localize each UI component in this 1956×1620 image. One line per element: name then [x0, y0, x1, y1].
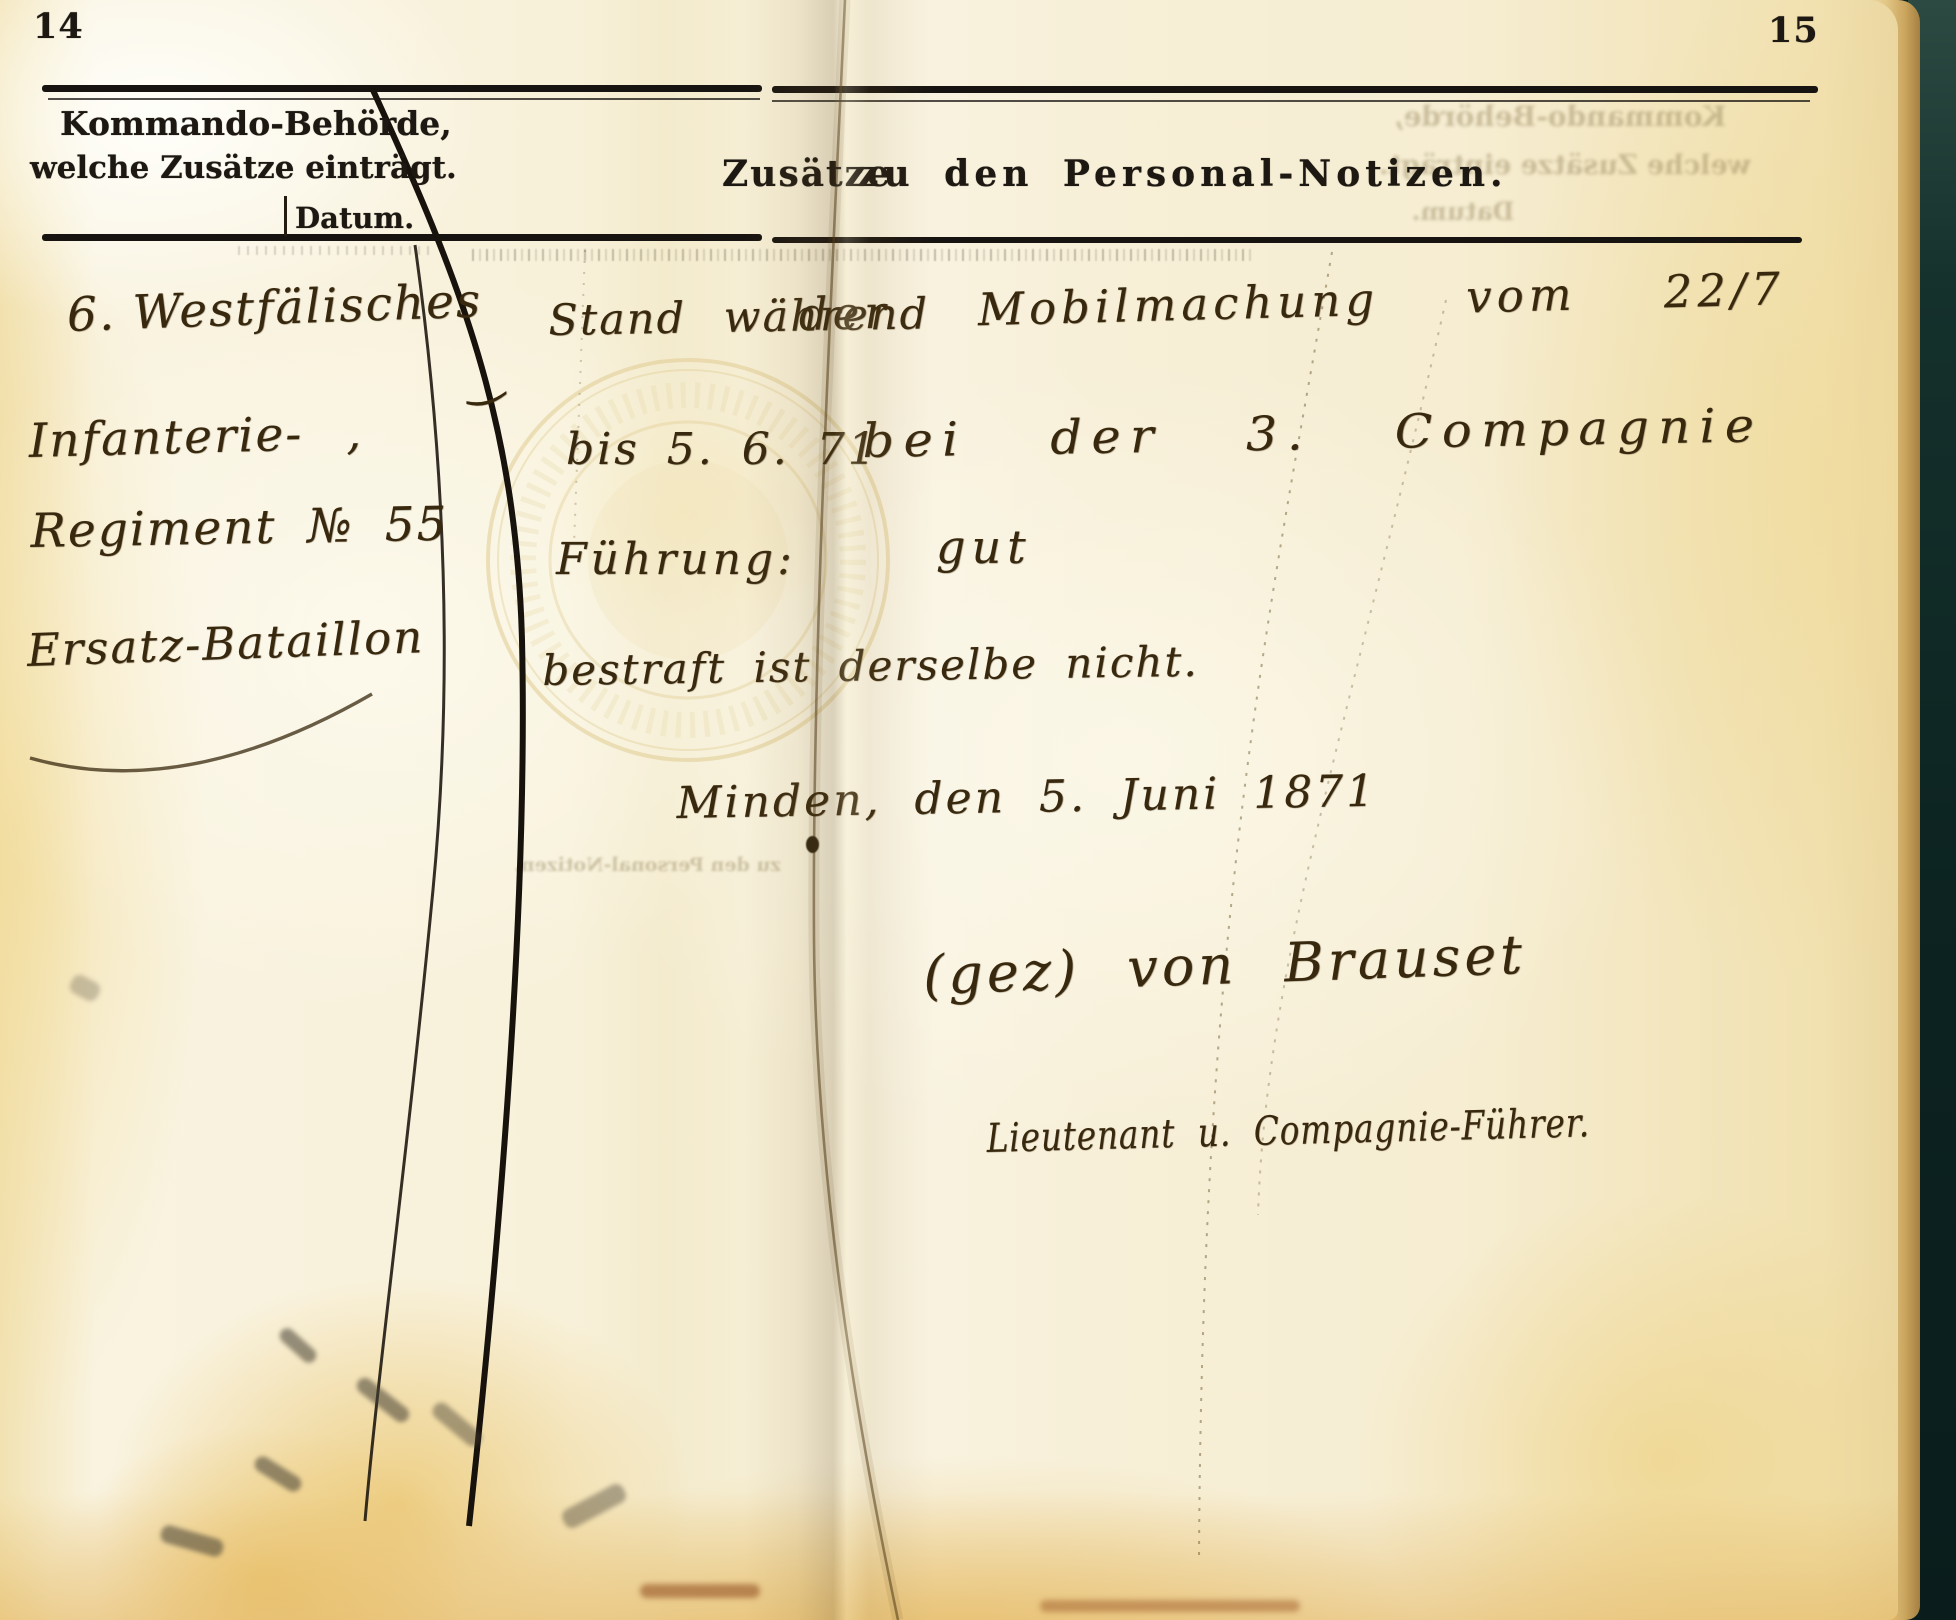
page-number-right: 15: [1768, 10, 1819, 51]
header-datum-label: Datum.: [295, 201, 414, 235]
note-line-4: bestraft ist derselbe nicht.: [542, 637, 1199, 695]
datum-column-line-thin: [365, 245, 444, 1521]
bottom-edge-stain: [640, 1584, 760, 1598]
header-authority-line1: Kommando-Behörde,: [60, 104, 360, 143]
ink-blot: [806, 836, 819, 853]
note-line-3b: gut: [936, 520, 1032, 574]
signature-flourish-swash: [30, 694, 372, 771]
note-line-2a: bis 5. 6. 71: [566, 424, 879, 475]
authority-entry-line-3: Regiment № 55: [30, 497, 449, 559]
page-number-left: 14: [33, 6, 84, 47]
authority-entry-line-2: Infanterie- ,: [28, 405, 364, 469]
crease-dotted-left: [574, 250, 585, 545]
header-notes-label-right: zu den Personal-Notizen.: [858, 153, 1508, 195]
note-line-3a: Führung:: [556, 534, 796, 585]
scanned-militaerpass-spread: Kommando-Behörde, welche Zusätze einträg…: [0, 0, 1956, 1620]
header-authority-line2: welche Zusätze einträgt.: [30, 150, 370, 186]
bottom-edge-stain: [1040, 1600, 1300, 1612]
